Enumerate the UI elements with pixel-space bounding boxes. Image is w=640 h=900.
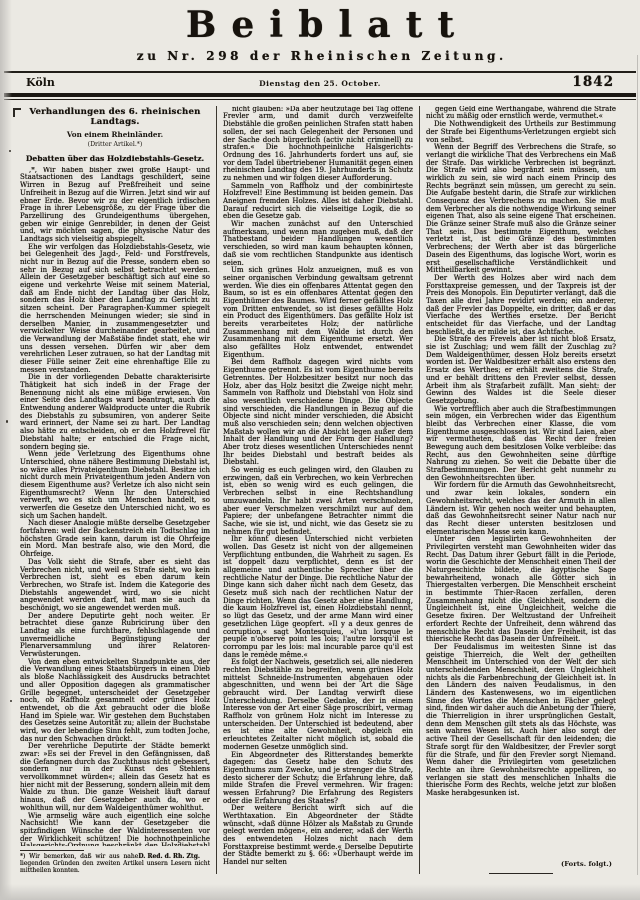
paragraph: Ihr könnt diesen Unterschied nicht verbi… [223, 536, 413, 659]
paragraph: Der verehrliche Deputirte der Städte bem… [20, 743, 210, 812]
column-divider-1 [216, 106, 217, 874]
paragraph: Ein Abgeordneter des Ritterstandes bemer… [223, 752, 413, 806]
dateline-date: Dienstag den 25. October. [259, 79, 381, 88]
column-divider-2 [419, 106, 420, 874]
ink-speck [10, 700, 12, 702]
paragraph: Ehe wir verfolgen das Holzdiebstahls-Ges… [20, 244, 210, 375]
paragraph: Wie vortrefflich aber auch die Strafbest… [426, 406, 616, 483]
scan-edge-bottom [0, 884, 640, 900]
dateline-place: Köln [26, 76, 55, 89]
paragraph: Der Werth des Holzes aber wird nach dem … [426, 275, 616, 337]
end-rule [489, 873, 553, 874]
dateline: Köln Dienstag den 25. October. 1842 [4, 73, 636, 93]
paragraph: gegen Geld eine Werthangabe, während die… [426, 106, 616, 121]
paragraph: Von dem eben entwickelten Standpunkte au… [20, 659, 210, 744]
paragraph: nicht glauben: »Da aber heutzutage bei T… [223, 106, 413, 183]
column-3: gegen Geld eine Werthangabe, während die… [426, 106, 616, 874]
article-subheading: Debatten über das Holzdiebstahls-Gesetz. [20, 154, 210, 163]
ink-speck [6, 420, 8, 423]
paragraph: Die in der vorliegenden Debatte charakte… [20, 374, 210, 451]
column-2-text: nicht glauben: »Da aber heutzutage bei T… [223, 106, 413, 874]
paragraph: Wenn der Begriff des Verbrechens die Str… [426, 144, 616, 275]
paragraph: Der weitere Bericht wirft sich auf die W… [223, 805, 413, 867]
paragraph: Nach dieser Analogie müßte derselbe Gese… [20, 520, 210, 558]
paragraph: Bei dem Raffholz dagegen wird nichts vom… [223, 359, 413, 467]
scan-edge-left [0, 0, 12, 900]
paragraph: Die Strafe des Frevels aber ist nicht bl… [426, 336, 616, 405]
newspaper-page: Beiblatt zu Nr. 298 der Rheinischen Zeit… [0, 0, 640, 900]
paragraph: Der andere Deputirte geht noch weiter. E… [20, 613, 210, 659]
article-heading: Verhandlungen des 6. rheinischen Landtag… [20, 107, 210, 127]
footnote-rule [20, 850, 84, 851]
masthead: Beiblatt zu Nr. 298 der Rheinischen Zeit… [0, 0, 640, 63]
paragraph: So wenig es euch gelingen wird, den Glau… [223, 467, 413, 536]
paragraph: Unter den legislirten Gewohnheiten der P… [426, 536, 616, 644]
scan-artifact-bracket [13, 108, 21, 117]
paragraph: Der Feudalismus im weitesten Sinne ist d… [426, 644, 616, 798]
paragraph: Wenn jede Verletzung des Eigenthums ohne… [20, 451, 210, 520]
paragraph: Wir machen zunächst auf den Unterschied … [223, 221, 413, 267]
paragraph: Wie armselig wäre auch eigentlich eine s… [20, 813, 210, 846]
footnote-signature: D. Red. d. Rh. Ztg. [138, 853, 210, 860]
rule-below-dateline [4, 93, 636, 100]
paragraph: Sammeln von Raffholz und der combinirtes… [223, 183, 413, 221]
article-byline: Von einem Rheinländer. [20, 130, 210, 139]
paragraph: Um sich grünes Holz anzueignen, muß es v… [223, 267, 413, 359]
paragraph: Das Volk sieht die Strafe, aber es sieht… [20, 559, 210, 613]
masthead-subtitle: zu Nr. 298 der Rheinischen Zeitung. [0, 49, 640, 63]
continuation-note: (Forts. folgt.) [426, 860, 616, 868]
dateline-year: 1842 [572, 74, 614, 90]
footnote: D. Red. d. Rh. Ztg. *) Wir bemerken, daß… [20, 853, 210, 874]
column-1-text: ,*, Wir haben bisher zwei große Haupt- u… [20, 167, 210, 846]
article-series-note: (Dritter Artikel.*) [20, 141, 210, 148]
article-columns: Verhandlungen des 6. rheinischen Landtag… [20, 106, 616, 874]
article-head: Verhandlungen des 6. rheinischen Landtag… [20, 106, 210, 167]
paragraph: ,*, Wir haben bisher zwei große Haupt- u… [20, 167, 210, 244]
paragraph: Wir fordern für die Armuth das Gewohnhei… [426, 482, 616, 536]
paragraph: Es folgt der Nachweis, gesetzlich sei, a… [223, 659, 413, 751]
column-3-text: gegen Geld eine Werthangabe, während die… [426, 106, 616, 858]
colophon: (Forts. folgt.) [426, 858, 616, 874]
ink-speck [9, 150, 11, 152]
column-1: Verhandlungen des 6. rheinischen Landtag… [20, 106, 210, 874]
column-2: nicht glauben: »Da aber heutzutage bei T… [223, 106, 413, 874]
paragraph: Die Nothwendigkeit des Urtheils zur Best… [426, 121, 616, 144]
masthead-title: Beiblatt [0, 7, 640, 45]
footnote-block: D. Red. d. Rh. Ztg. *) Wir bemerken, daß… [20, 846, 210, 874]
scan-edge-right [637, 55, 638, 875]
